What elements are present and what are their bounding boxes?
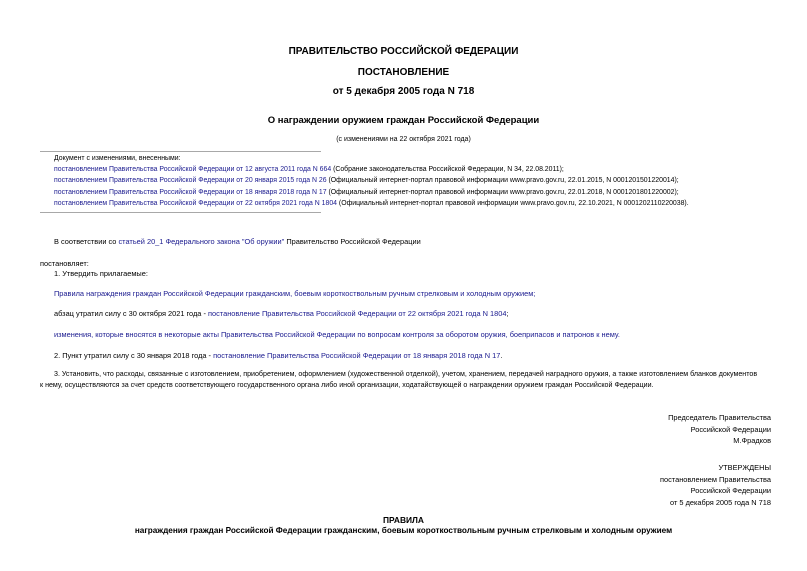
document-type: ПОСТАНОВЛЕНИЕ [0,67,807,78]
signatory-name: М.Фрадков [668,435,771,447]
changes-link[interactable]: изменения, которые вносятся в некоторые … [54,330,620,339]
document-date: от 5 декабря 2005 года N 718 [0,86,807,97]
amendments-block: Документ с изменениями, внесенными: пост… [54,153,689,209]
changes-line: изменения, которые вносятся в некоторые … [54,329,620,341]
item-2: 2. Пункт утратил силу с 30 января 2018 г… [54,350,502,362]
amendment-note: (Официальный интернет-портал правовой ин… [327,189,679,196]
document-title: О награждении оружием граждан Российской… [0,115,807,126]
rules-link-line: Правила награждения граждан Российской Ф… [54,288,535,300]
amendment-note: (Официальный интернет-портал правовой ин… [327,177,679,184]
amendment-item: постановлением Правительства Российской … [54,187,689,198]
preamble: В соответствии со статьей 20_1 Федеральн… [54,236,421,248]
rules-title: ПРАВИЛА [0,515,807,525]
rules-link[interactable]: Правила награждения граждан Российской Ф… [54,289,535,298]
amendment-note: (Официальный интернет-портал правовой ин… [337,200,689,207]
amendment-link[interactable]: постановлением Правительства Российской … [54,189,327,196]
decree-1804-link[interactable]: постановление Правительства Российской Ф… [208,309,506,318]
amendment-link[interactable]: постановлением Правительства Российской … [54,200,337,207]
approved-block: УТВЕРЖДЕНЫ постановлением Правительства … [660,462,771,508]
separator-top [40,151,321,152]
separator-bottom [40,212,321,213]
signature-block: Председатель Правительства Российской Фе… [668,412,771,447]
authority-heading: ПРАВИТЕЛЬСТВО РОССИЙСКОЙ ФЕДЕРАЦИИ [0,46,807,57]
revision-note: (с изменениями на 22 октября 2021 года) [0,136,807,143]
rules-subtitle: награждения граждан Российской Федерации… [0,526,807,535]
amendment-item: постановлением Правительства Российской … [54,164,689,175]
item-3-line1: 3. Установить, что расходы, связанные с … [54,369,757,381]
law-article-link[interactable]: статьей 20_1 Федерального закона "Об ору… [118,237,284,246]
amendment-link[interactable]: постановлением Правительства Российской … [54,177,327,184]
amendment-item: постановлением Правительства Российской … [54,198,689,209]
item-3-line2: к нему, осуществляются за счет средств с… [40,380,654,392]
amendment-link[interactable]: постановлением Правительства Российской … [54,166,331,173]
amendments-intro: Документ с изменениями, внесенными: [54,153,689,164]
amendment-item: постановлением Правительства Российской … [54,175,689,186]
amendment-note: (Собрание законодательства Российской Фе… [331,166,564,173]
void-paragraph: абзац утратил силу с 30 октября 2021 год… [54,308,509,320]
item-1: 1. Утвердить прилагаемые: [54,268,148,280]
decree-17-link[interactable]: постановление Правительства Российской Ф… [213,351,500,360]
